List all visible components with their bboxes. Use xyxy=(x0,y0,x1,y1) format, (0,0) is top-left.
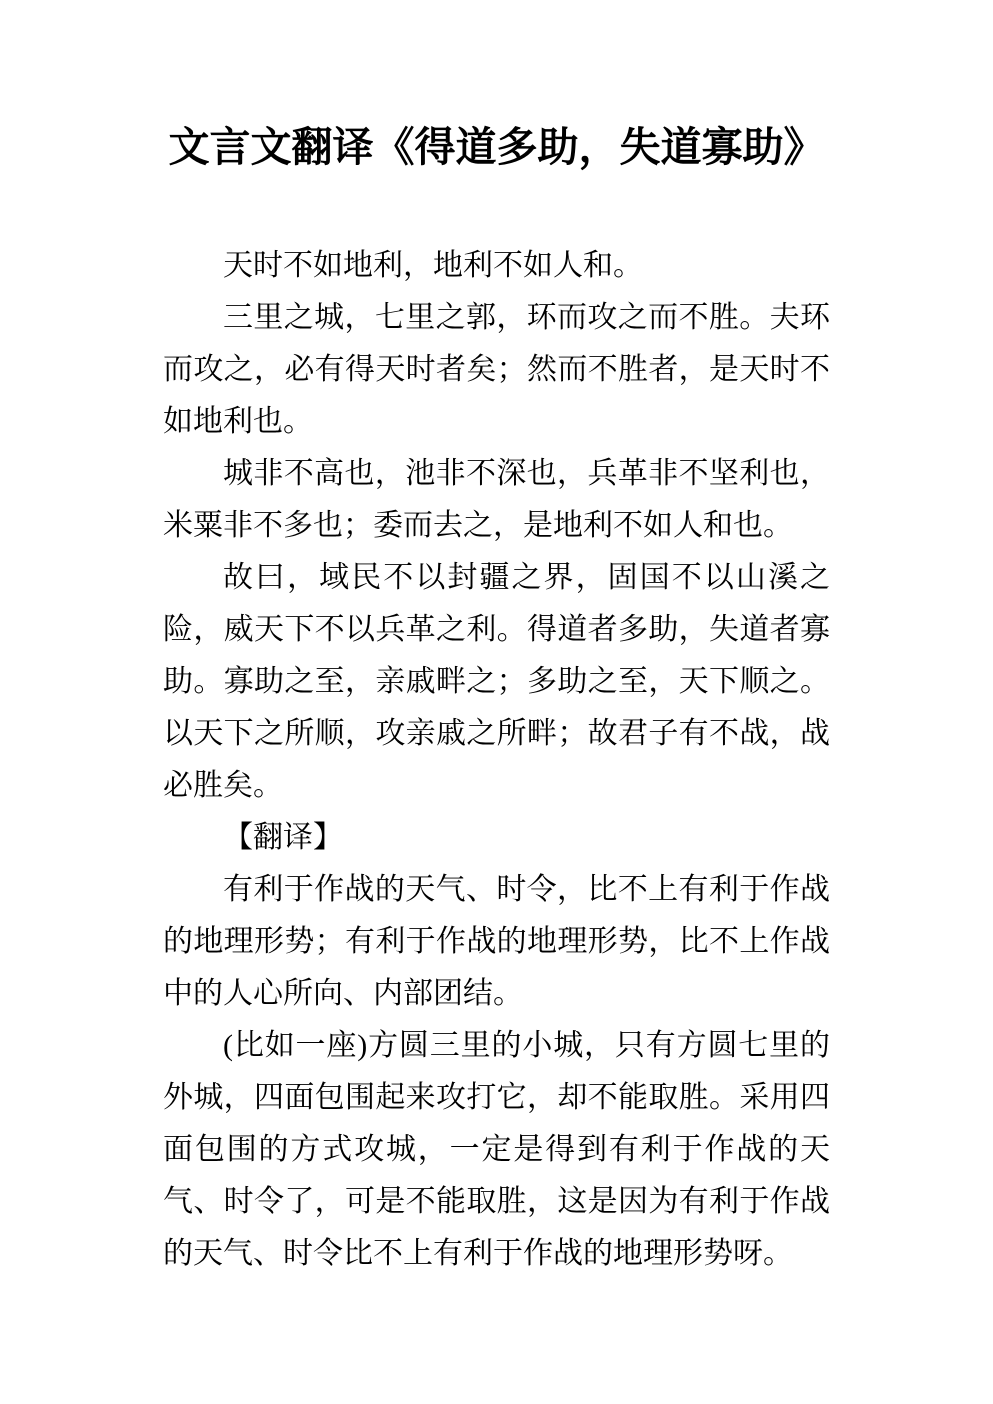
document-title: 文言文翻译《得道多助，失道寡助》 xyxy=(163,122,830,172)
translation-heading: 【翻译】 xyxy=(163,812,830,864)
original-paragraph-1: 天时不如地利，地利不如人和。 xyxy=(163,240,830,292)
document-body: 天时不如地利，地利不如人和。 三里之城，七里之郭，环而攻之而不胜。夫环而攻之，必… xyxy=(163,240,830,1280)
original-paragraph-4: 故曰，域民不以封疆之界，固国不以山溪之险，威天下不以兵革之利。得道者多助，失道者… xyxy=(163,552,830,812)
translation-paragraph-1: 有利于作战的天气、时令，比不上有利于作战的地理形势；有利于作战的地理形势，比不上… xyxy=(163,864,830,1020)
document-page: 文言文翻译《得道多助，失道寡助》 天时不如地利，地利不如人和。 三里之城，七里之… xyxy=(0,0,993,1404)
original-paragraph-2: 三里之城，七里之郭，环而攻之而不胜。夫环而攻之，必有得天时者矣；然而不胜者，是天… xyxy=(163,292,830,448)
original-paragraph-3: 城非不高也，池非不深也，兵革非不坚利也，米粟非不多也；委而去之，是地利不如人和也… xyxy=(163,448,830,552)
translation-paragraph-2: (比如一座)方圆三里的小城，只有方圆七里的外城，四面包围起来攻打它，却不能取胜。… xyxy=(163,1020,830,1280)
